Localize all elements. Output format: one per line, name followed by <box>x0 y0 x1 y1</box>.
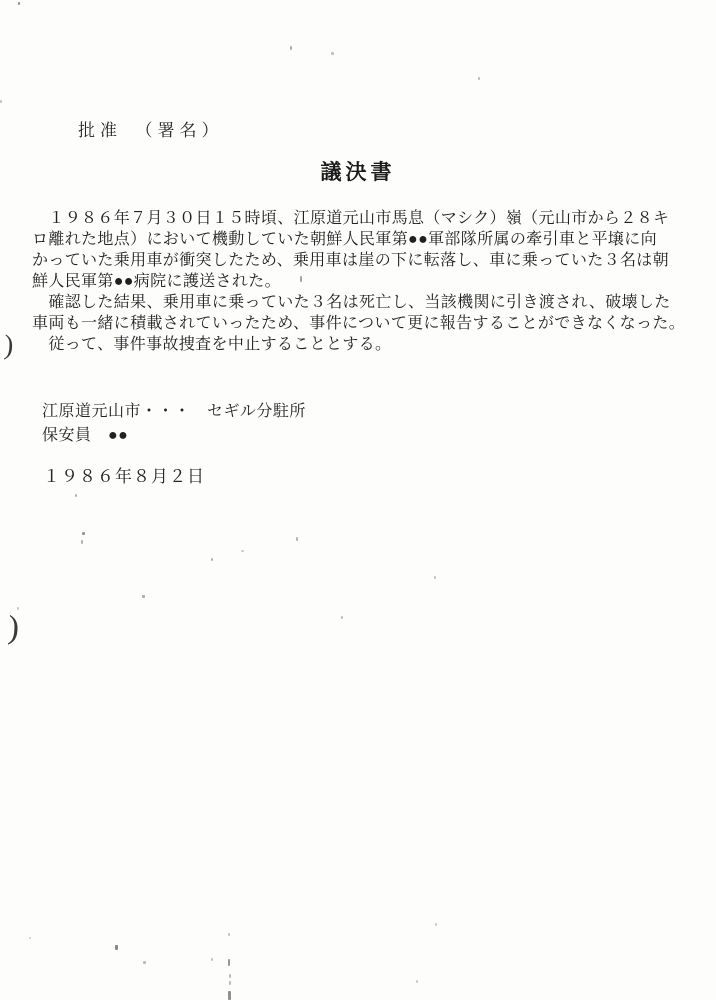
scan-noise-speck <box>82 532 85 535</box>
scan-noise-speck <box>478 77 480 80</box>
document-date: １９８６年８月２日 <box>43 462 205 487</box>
scan-noise-speck <box>300 276 302 282</box>
scan-noise-speck <box>228 959 230 966</box>
scan-noise-speck <box>241 550 244 552</box>
stray-pen-mark: ) <box>7 612 20 646</box>
scan-noise-speck <box>228 991 231 1000</box>
scanned-document-page: 批准 （署名） 議決書 １９８６年７月３０日１５時頃、江原道元山市馬息（マシク）… <box>0 0 716 1000</box>
scan-noise-speck <box>142 595 145 598</box>
scan-noise-speck <box>0 100 2 103</box>
body-line: 車両も一緒に積載されていったため、事件について更に報告することができなくなった。 <box>32 313 692 334</box>
signature-officer-line: 保安員 ●● <box>42 424 306 448</box>
body-line: かっていた乗用車が衝突したため、乗用車は崖の下に転落し、車に乗っていた３名は朝 <box>32 250 692 271</box>
scan-noise-speck <box>435 923 437 926</box>
scan-noise-speck <box>341 616 343 619</box>
scan-noise-speck <box>143 961 146 964</box>
scan-noise-speck <box>29 937 31 939</box>
body-line: 鮮人民軍第●●病院に護送された。 <box>32 271 692 292</box>
signature-office-line: 江原道元山市・・・ セギル分駐所 <box>42 400 306 424</box>
scan-noise-speck <box>296 537 298 541</box>
scan-noise-speck <box>81 540 83 544</box>
scan-noise-speck <box>416 980 418 983</box>
body-line: 従って、事件事故捜査を中止することとする。 <box>32 334 692 355</box>
body-line: 確認した結果、乗用車に乗っていた３名は死亡し、当該機関に引き渡され、破壊した <box>32 292 692 313</box>
scan-noise-speck <box>18 2 20 5</box>
signature-block: 江原道元山市・・・ セギル分駐所 保安員 ●● <box>42 400 306 448</box>
scan-noise-speck <box>229 974 231 978</box>
body-line: ロ離れた地点）において機動していた朝鮮人民軍第●●軍部隊所属の牽引車と平壌に向 <box>32 229 692 250</box>
scan-noise-speck <box>115 945 118 950</box>
scan-noise-speck <box>290 46 292 50</box>
document-title: 議決書 <box>0 156 716 186</box>
scan-noise-speck <box>331 52 334 55</box>
scan-noise-speck <box>229 981 231 985</box>
scan-noise-speck <box>228 933 230 936</box>
scan-noise-speck <box>211 958 213 961</box>
scan-noise-speck <box>434 576 436 579</box>
scan-noise-speck <box>75 494 77 497</box>
approval-signature-label: 批准 （署名） <box>78 116 224 141</box>
stray-pen-mark: ) <box>3 332 14 361</box>
scan-noise-speck <box>211 558 213 561</box>
document-body: １９８６年７月３０日１５時頃、江原道元山市馬息（マシク）嶺（元山市から２８キ ロ… <box>32 208 692 355</box>
scan-noise-speck <box>17 607 19 610</box>
body-line: １９８６年７月３０日１５時頃、江原道元山市馬息（マシク）嶺（元山市から２８キ <box>32 208 692 229</box>
